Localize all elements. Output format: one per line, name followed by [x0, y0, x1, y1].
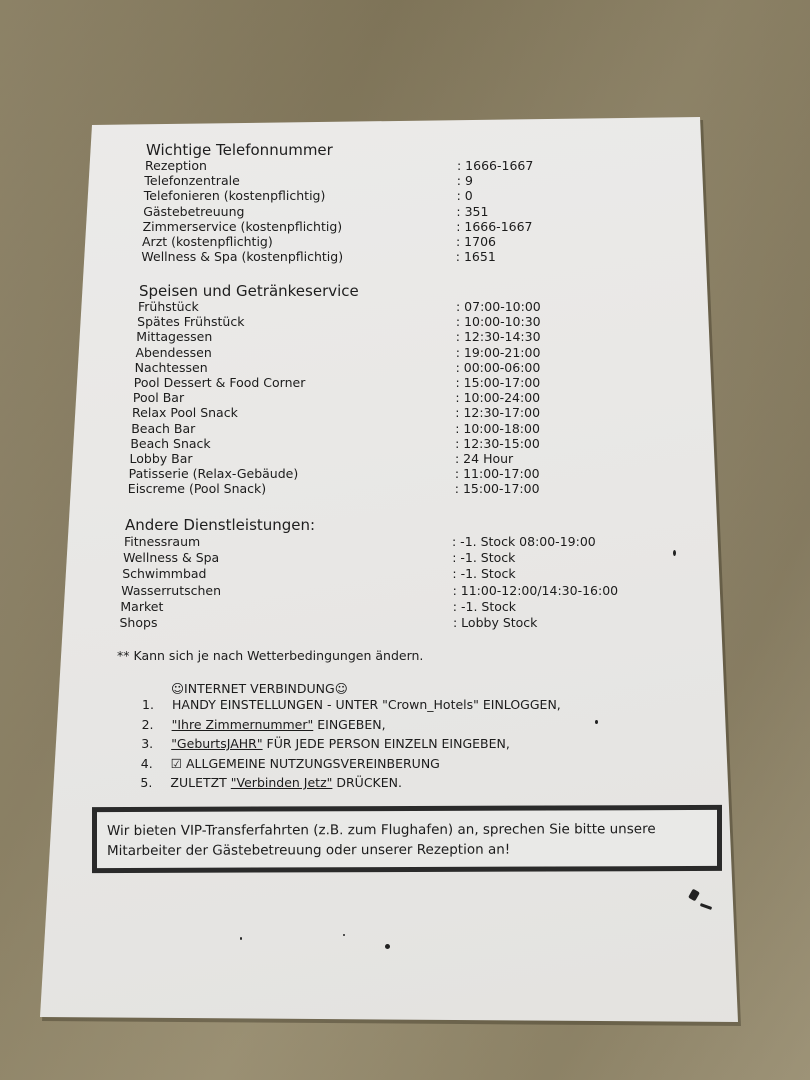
weather-note: ** Kann sich je nach Wetterbedingungen ä… [117, 648, 423, 663]
phone-value: : 1666-1667 [457, 158, 533, 173]
food-label: Beach Bar [131, 421, 195, 436]
vip-transfer-text: Wir bieten VIP-Transferfahrten (z.B. zum… [107, 819, 656, 861]
step-text: DRÜCKEN. [332, 775, 402, 790]
step-number: 4. [141, 756, 171, 771]
vip-line-1: Wir bieten VIP-Transferfahrten (z.B. zum… [107, 819, 656, 841]
food-value: : 19:00-21:00 [456, 345, 541, 360]
service-value: : -1. Stock [452, 550, 515, 565]
toner-speck [595, 720, 598, 724]
phone-label: Wellness & Spa (kostenpflichtig) [141, 249, 343, 264]
phone-value: : 1706 [456, 234, 496, 249]
food-label: Lobby Bar [130, 451, 193, 466]
internet-step: 3."GeburtsJAHR" FÜR JEDE PERSON EINZELN … [141, 736, 510, 751]
toner-speck [385, 944, 390, 949]
step-text: HANDY EINSTELLUNGEN - UNTER "Crown_Hotel… [172, 697, 561, 712]
food-label: Relax Pool Snack [132, 405, 238, 420]
service-value: : -1. Stock [453, 599, 516, 614]
toner-smudge [688, 889, 700, 902]
phone-label: Telefonieren (kostenpflichtig) [144, 188, 326, 203]
service-label: Wasserrutschen [121, 583, 221, 598]
toner-smudge [700, 903, 712, 910]
step-number: 3. [141, 736, 171, 751]
step-text: ZULETZT [170, 775, 230, 790]
food-value: : 00:00-06:00 [456, 360, 541, 375]
food-label: Eiscreme (Pool Snack) [128, 481, 266, 496]
toner-speck [673, 550, 676, 556]
step-number: 1. [142, 697, 172, 712]
phone-section-title: Wichtige Telefonnummer [146, 141, 333, 159]
service-value: : -1. Stock [452, 566, 515, 581]
food-value: : 10:00-24:00 [455, 390, 540, 405]
service-value: : -1. Stock 08:00-19:00 [452, 534, 596, 549]
food-label: Beach Snack [130, 436, 210, 451]
vip-line-2: Mitarbeiter der Gästebetreuung oder unse… [107, 839, 656, 861]
phone-value: : 1666-1667 [456, 219, 532, 234]
step-underlined-text: "Verbinden Jetz" [231, 775, 333, 790]
service-label: Wellness & Spa [123, 550, 219, 565]
internet-step: 4.☑ ALLGEMEINE NUTZUNGSVEREINBERUNG [141, 756, 440, 771]
step-text: ☑ ALLGEMEINE NUTZUNGSVEREINBERUNG [171, 756, 440, 771]
internet-section-title: ☺INTERNET VERBINDUNG☺ [171, 681, 348, 696]
food-value: : 15:00-17:00 [455, 481, 540, 496]
food-label: Pool Dessert & Food Corner [134, 375, 306, 390]
service-label: Schwimmbad [122, 566, 206, 581]
food-value: : 12:30-15:00 [455, 436, 540, 451]
step-text: EINGEBEN, [313, 717, 385, 732]
food-label: Patisserie (Relax-Gebäude) [129, 466, 299, 481]
service-label: Fitnessraum [124, 534, 200, 549]
step-number: 5. [140, 775, 170, 790]
food-value: : 10:00-10:30 [456, 314, 541, 329]
phone-value: : 0 [457, 188, 473, 203]
hotel-info-sheet: Wichtige Telefonnummer Rezeption: 1666-1… [0, 0, 810, 1080]
food-section-title: Speisen und Getränkeservice [139, 282, 359, 300]
phone-label: Rezeption [145, 158, 207, 173]
food-value: : 10:00-18:00 [455, 421, 540, 436]
step-underlined-text: "Ihre Zimmernummer" [172, 717, 314, 732]
food-value: : 12:30-14:30 [456, 329, 541, 344]
toner-speck [343, 934, 345, 936]
phone-value: : 1651 [456, 249, 496, 264]
food-label: Abendessen [135, 345, 211, 360]
internet-step: 2."Ihre Zimmernummer" EINGEBEN, [142, 717, 386, 732]
service-value: : 11:00-12:00/14:30-16:00 [453, 583, 619, 598]
food-label: Pool Bar [133, 390, 184, 405]
food-value: : 07:00-10:00 [456, 299, 541, 314]
food-value: : 12:30-17:00 [455, 405, 540, 420]
food-label: Spätes Frühstück [137, 314, 244, 329]
phone-label: Gästebetreuung [143, 204, 244, 219]
step-underlined-text: "GeburtsJAHR" [171, 736, 262, 751]
toner-speck [240, 937, 242, 940]
step-text: FÜR JEDE PERSON EINZELN EINGEBEN, [263, 736, 510, 751]
food-value: : 24 Hour [455, 451, 513, 466]
vip-transfer-box: Wir bieten VIP-Transferfahrten (z.B. zum… [92, 805, 722, 873]
food-label: Frühstück [138, 299, 199, 314]
food-value: : 15:00-17:00 [456, 375, 541, 390]
food-label: Nachtessen [135, 360, 208, 375]
services-section-title: Andere Dienstleistungen: [125, 516, 315, 534]
phone-label: Telefonzentrale [144, 173, 239, 188]
internet-step: 1.HANDY EINSTELLUNGEN - UNTER "Crown_Hot… [142, 697, 561, 712]
food-label: Mittagessen [136, 329, 212, 344]
service-label: Shops [120, 615, 158, 630]
phone-label: Arzt (kostenpflichtig) [142, 234, 273, 249]
phone-value: : 9 [457, 173, 473, 188]
phone-value: : 351 [456, 204, 488, 219]
food-value: : 11:00-17:00 [455, 466, 540, 481]
phone-label: Zimmerservice (kostenpflichtig) [143, 219, 343, 234]
step-number: 2. [142, 717, 172, 732]
service-label: Market [120, 599, 163, 614]
internet-step: 5.ZULETZT "Verbinden Jetz" DRÜCKEN. [140, 775, 402, 790]
service-value: : Lobby Stock [453, 615, 537, 630]
